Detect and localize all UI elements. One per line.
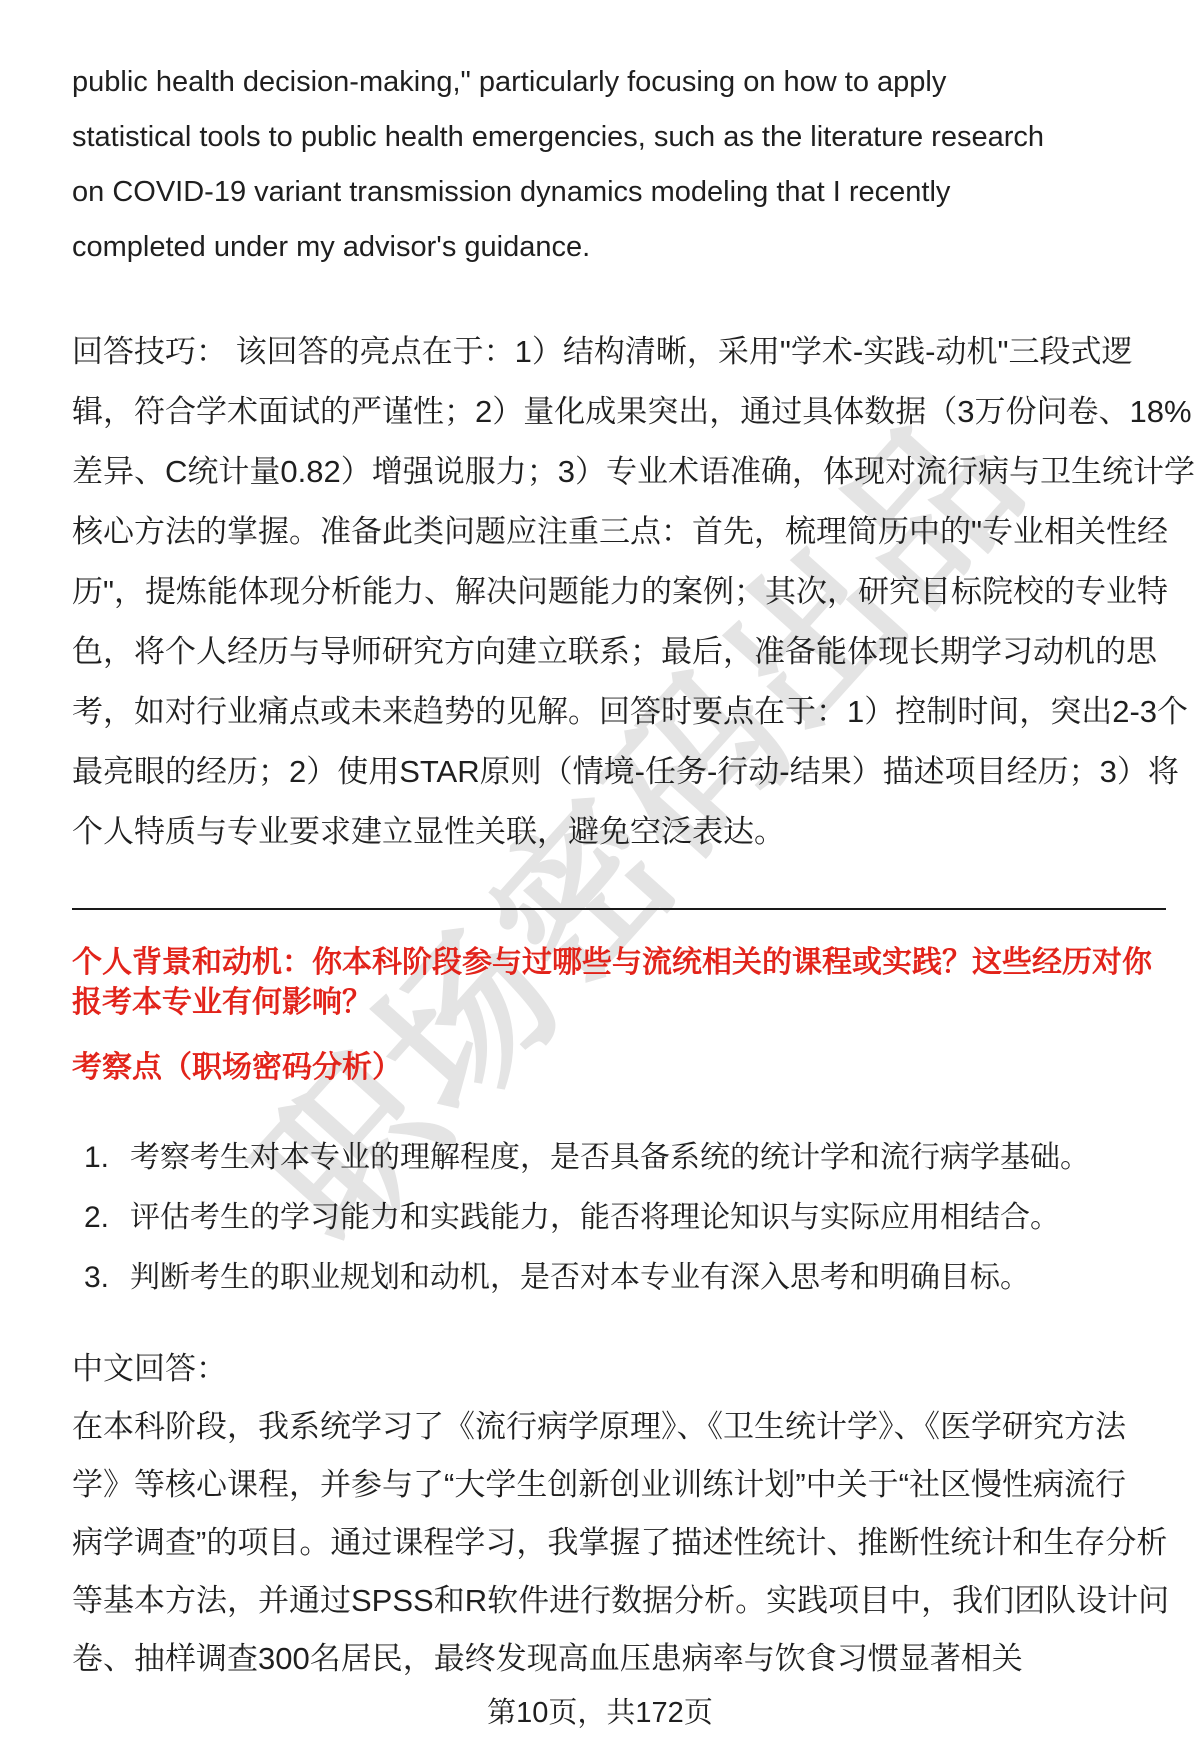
section-divider: [72, 908, 1166, 910]
list-item-text: 判断考生的职业规划和动机，是否对本专业有深入思考和明确目标。: [130, 1261, 1030, 1294]
exam-points-heading: 考察点（职场密码分析）: [72, 1048, 402, 1088]
text-line: 个人背景和动机：你本科阶段参与过哪些与流统相关的课程或实践？这些经历对你: [72, 943, 1152, 983]
text-line: 等基本方法，并通过SPSS和R软件进行数据分析。实践项目中，我们团队设计问: [72, 1572, 1169, 1630]
chinese-answer-section: 中文回答： 在本科阶段，我系统学习了《流行病学原理》、《卫生统计学》、《医学研究…: [72, 1340, 1169, 1688]
text-line: 色，将个人经历与导师研究方向建立联系；最后，准备能体现长期学习动机的思: [72, 622, 1195, 682]
text-line: public health decision-making," particul…: [72, 55, 1044, 110]
text-line: statistical tools to public health emerg…: [72, 110, 1044, 165]
text-line: 卷、抽样调查300名居民，最终发现高血压患病率与饮食习惯显著相关: [72, 1630, 1169, 1688]
text-line: 在本科阶段，我系统学习了《流行病学原理》、《卫生统计学》、《医学研究方法: [72, 1398, 1169, 1456]
exam-points-list: 1.考察考生对本专业的理解程度，是否具备系统的统计学和流行病学基础。 2.评估考…: [84, 1128, 1090, 1308]
text-line: 回答技巧： 该回答的亮点在于：1）结构清晰，采用"学术-实践-动机"三段式逻: [72, 322, 1195, 382]
text-line: 最亮眼的经历；2）使用STAR原则（情境-任务-行动-结果）描述项目经历；3）将: [72, 742, 1195, 802]
text-line: on COVID-19 variant transmission dynamic…: [72, 165, 1044, 220]
list-item: 2.评估考生的学习能力和实践能力，能否将理论知识与实际应用相结合。: [84, 1188, 1090, 1248]
page-content: public health decision-making," particul…: [0, 0, 1200, 1755]
interview-question-heading: 个人背景和动机：你本科阶段参与过哪些与流统相关的课程或实践？这些经历对你 报考本…: [72, 943, 1152, 1023]
list-item-text: 评估考生的学习能力和实践能力，能否将理论知识与实际应用相结合。: [130, 1201, 1060, 1234]
text-line: 报考本专业有何影响？: [72, 983, 1152, 1023]
list-item-number: 2.: [84, 1188, 130, 1248]
text-line: 学》等核心课程，并参与了“大学生创新创业训练计划”中关于“社区慢性病流行: [72, 1456, 1169, 1514]
document-page: 职场密码出品 public health decision-making," p…: [0, 0, 1200, 1755]
text-line: completed under my advisor's guidance.: [72, 220, 1044, 275]
english-answer-paragraph: public health decision-making," particul…: [72, 55, 1044, 275]
text-line: 差异、C统计量0.82）增强说服力；3）专业术语准确，体现对流行病与卫生统计学: [72, 442, 1195, 502]
text-line: 个人特质与专业要求建立显性关联，避免空泛表达。: [72, 802, 1195, 862]
list-item-text: 考察考生对本专业的理解程度，是否具备系统的统计学和流行病学基础。: [130, 1141, 1090, 1174]
text-line: 病学调查”的项目。通过课程学习，我掌握了描述性统计、推断性统计和生存分析: [72, 1514, 1169, 1572]
text-line: 辑，符合学术面试的严谨性；2）量化成果突出，通过具体数据（3万份问卷、18%: [72, 382, 1195, 442]
list-item: 3.判断考生的职业规划和动机，是否对本专业有深入思考和明确目标。: [84, 1248, 1090, 1308]
list-item: 1.考察考生对本专业的理解程度，是否具备系统的统计学和流行病学基础。: [84, 1128, 1090, 1188]
text-line: 核心方法的掌握。准备此类问题应注重三点：首先，梳理简历中的"专业相关性经: [72, 502, 1195, 562]
text-line: 考，如对行业痛点或未来趋势的见解。回答时要点在于：1）控制时间，突出2-3个: [72, 682, 1195, 742]
answer-tips-paragraph: 回答技巧： 该回答的亮点在于：1）结构清晰，采用"学术-实践-动机"三段式逻 辑…: [72, 322, 1195, 862]
page-number-footer: 第10页，共172页: [0, 1684, 1200, 1742]
list-item-number: 1.: [84, 1128, 130, 1188]
list-item-number: 3.: [84, 1248, 130, 1308]
text-line: 历"，提炼能体现分析能力、解决问题能力的案例；其次，研究目标院校的专业特: [72, 562, 1195, 622]
answer-label: 中文回答：: [72, 1340, 1169, 1398]
